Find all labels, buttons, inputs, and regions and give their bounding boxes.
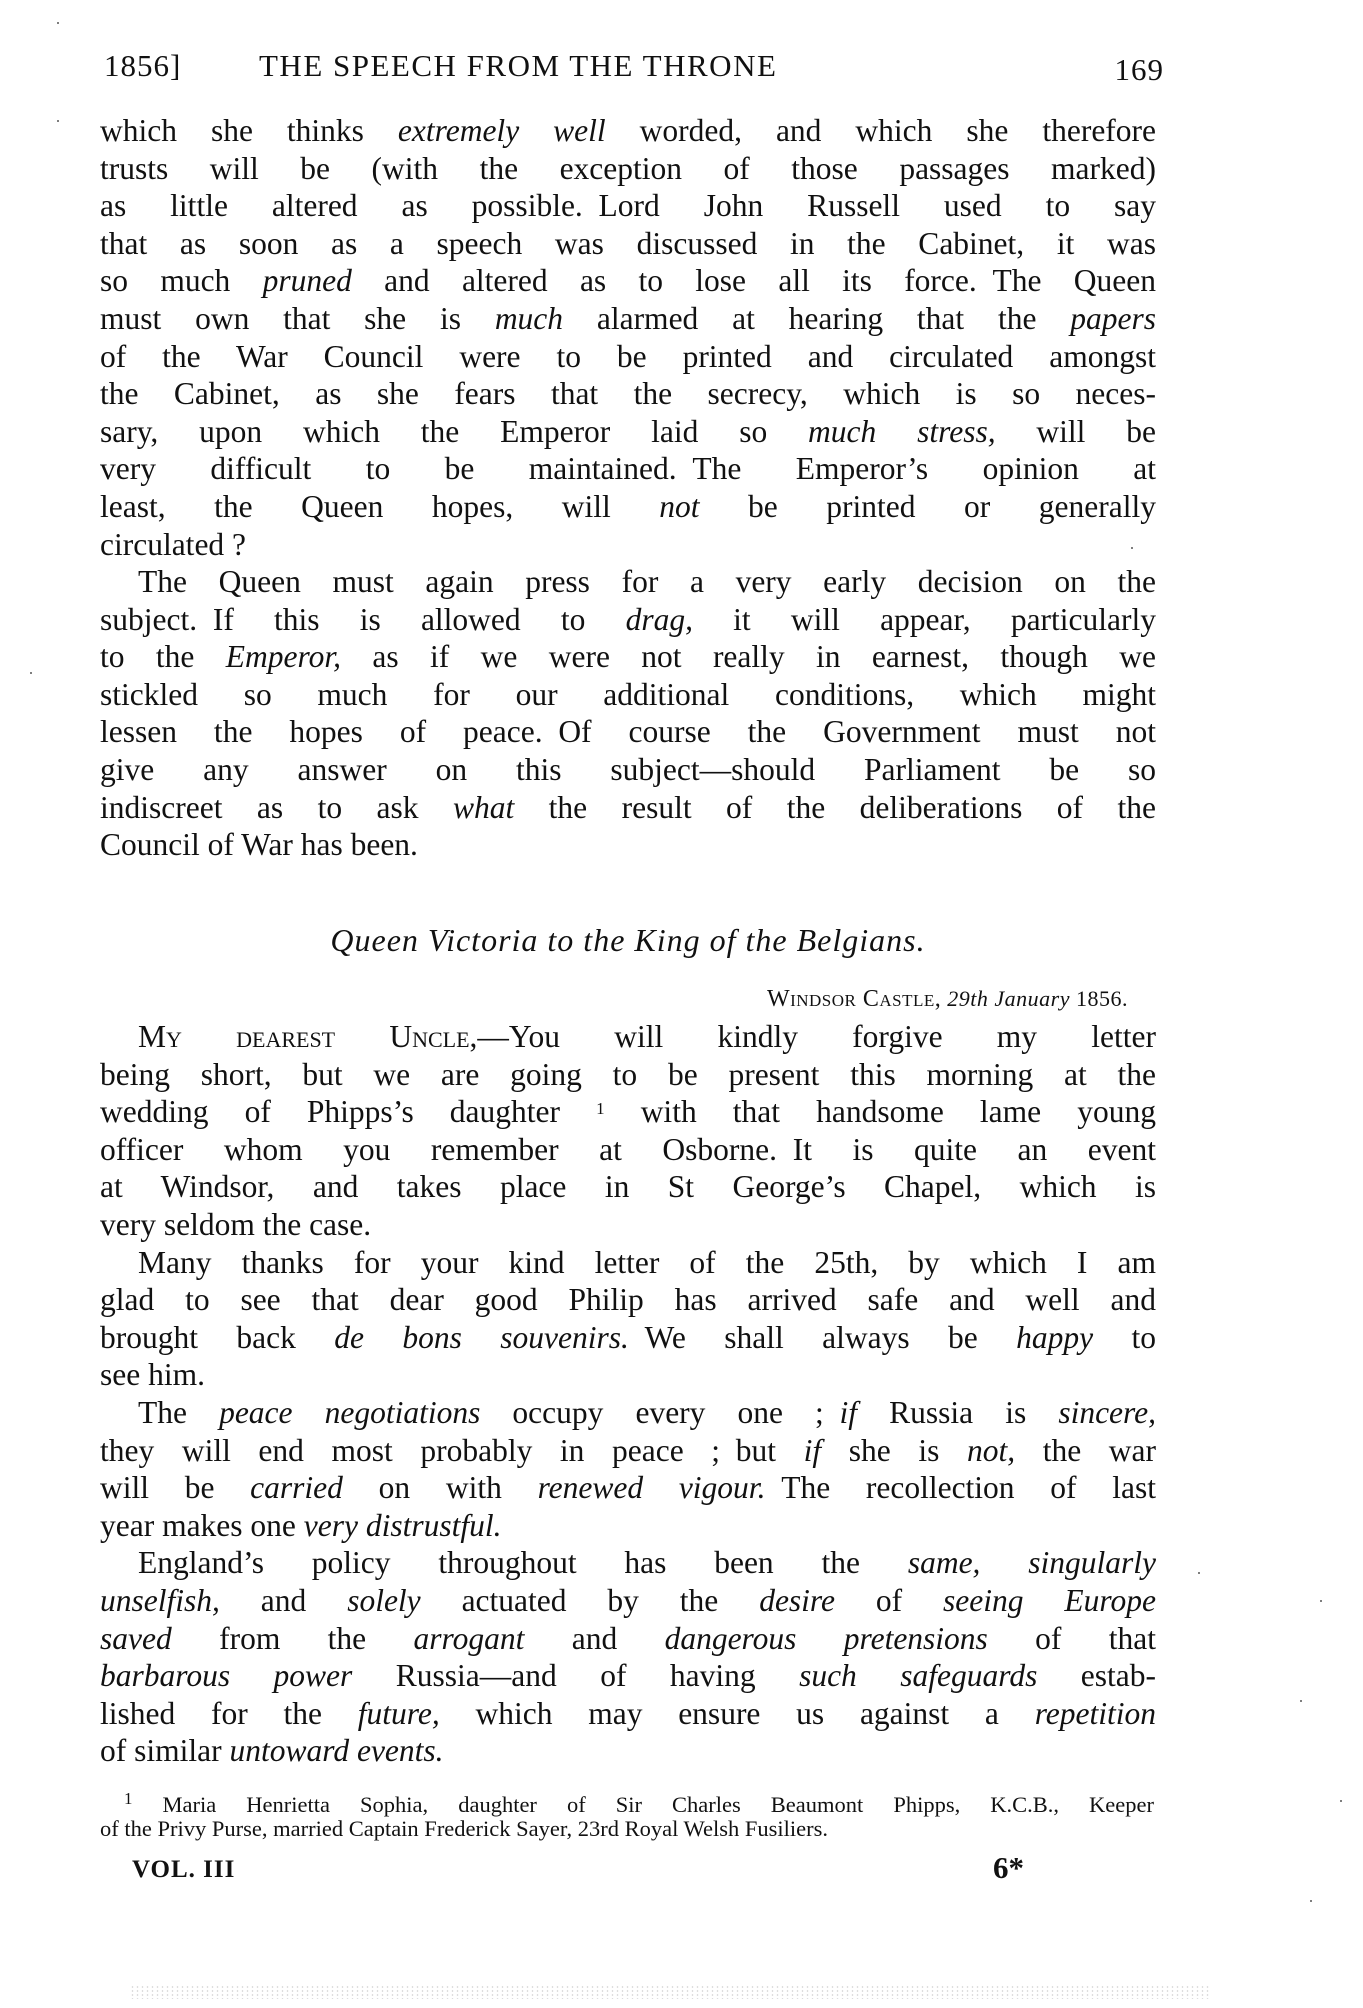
scan-speck [1131,547,1133,549]
scan-speck [1198,1572,1200,1574]
text-line: that as soon as a speech was discussed i… [100,225,1156,263]
letter-heading: Queen Victoria to the King of the Belgia… [100,922,1156,959]
text-line: very seldom the case. [100,1206,1156,1244]
footnote-marker: 1 [124,1789,133,1808]
dateline-month: January [994,986,1070,1011]
text-line: glad to see that dear good Philip has ar… [100,1281,1156,1319]
text-line: least, the Queen hopes, will not be prin… [100,488,1156,526]
text-line: which she thinks extremely well worded, … [100,112,1156,150]
scan-noise [130,1985,1210,1999]
scan-speck [1300,1700,1302,1702]
scan-speck [1340,1800,1342,1802]
scan-speck [1310,1900,1312,1902]
text-line: to the Emperor, as if we were not really… [100,638,1156,676]
text-line: My dearest Uncle,—You will kindly forgiv… [100,1018,1156,1056]
volume-signature: VOL. III [132,1856,235,1884]
text-line: Council of War has been. [100,826,1156,864]
text-line: year makes one very distrustful. [100,1507,1156,1545]
text-line: trusts will be (with the exception of th… [100,150,1156,188]
scan-speck [57,120,59,122]
dateline-place: Windsor Castle, [767,986,941,1012]
book-page: 1856] THE SPEECH FROM THE THRONE 169 whi… [0,0,1363,2008]
text-line: The peace negotiations occupy every one … [100,1394,1156,1432]
text-line: at Windsor, and takes place in St George… [100,1168,1156,1206]
text-line: subject. If this is allowed to drag, it … [100,601,1156,639]
text-line: circulated ? [100,526,1156,564]
text-line: must own that she is much alarmed at hea… [100,300,1156,338]
text-line: Many thanks for your kind letter of the … [100,1244,1156,1282]
scan-speck [57,22,59,24]
text-line: as little altered as possible. Lord John… [100,187,1156,225]
letter-paragraph: The peace negotiations occupy every one … [100,1394,1156,1544]
signature-mark: 6* [993,1850,1024,1886]
letter-paragraph: England’s policy throughout has been the… [100,1544,1156,1770]
footnote-line-1: 1 Maria Henrietta Sophia, daughter of Si… [100,1793,1154,1817]
text-line: indiscreet as to ask what the result of … [100,789,1156,827]
scan-speck [1320,1600,1322,1602]
text-line: officer whom you remember at Osborne. It… [100,1131,1156,1169]
dateline-day: 29th [947,986,988,1011]
text-line: of similar untoward events. [100,1732,1156,1770]
footnote-reference: 1 [596,1099,605,1118]
text-line: very difficult to be maintained. The Emp… [100,450,1156,488]
text-line: unselfish, and solely actuated by the de… [100,1582,1156,1620]
text-line: so much pruned and altered as to lose al… [100,262,1156,300]
text-line: of the War Council were to be printed an… [100,338,1156,376]
text-line: The Queen must again press for a very ea… [100,563,1156,601]
footnote: 1 Maria Henrietta Sophia, daughter of Si… [100,1793,1154,1841]
text-line: stickled so much for our additional cond… [100,676,1156,714]
text-line: sary, upon which the Emperor laid so muc… [100,413,1156,451]
continuation-paragraph-1: which she thinks extremely well worded, … [100,112,1156,563]
header-year: 1856] [104,48,181,84]
text-line: wedding of Phipps’s daughter 1 with that… [100,1093,1156,1131]
dateline-year: 1856. [1076,986,1128,1011]
text-line: lessen the hopes of peace. Of course the… [100,713,1156,751]
footnote-line-2: of the Privy Purse, married Captain Fred… [100,1817,1154,1841]
letter-paragraph: Many thanks for your kind letter of the … [100,1244,1156,1394]
continuation-paragraph-2: The Queen must again press for a very ea… [100,563,1156,864]
letter-paragraph: My dearest Uncle,—You will kindly forgiv… [100,1018,1156,1244]
text-line: saved from the arrogant and dangerous pr… [100,1620,1156,1658]
text-line: England’s policy throughout has been the… [100,1544,1156,1582]
text-line: give any answer on this subject—should P… [100,751,1156,789]
text-line: being short, but we are going to be pres… [100,1056,1156,1094]
text-line: they will end most probably in peace ; b… [100,1432,1156,1470]
scan-speck [30,672,32,674]
text-line: the Cabinet, as she fears that the secre… [100,375,1156,413]
text-line: lished for the future, which may ensure … [100,1695,1156,1733]
text-line: brought back de bons souvenirs. We shall… [100,1319,1156,1357]
running-title: THE SPEECH FROM THE THRONE [259,48,777,84]
page-number: 169 [1115,52,1165,88]
letter-body: My dearest Uncle,—You will kindly forgiv… [100,1018,1156,1770]
text-line: will be carried on with renewed vigour. … [100,1469,1156,1507]
letter-dateline: Windsor Castle, 29th January 1856. [767,986,1128,1013]
text-line: see him. [100,1356,1156,1394]
running-header: 1856] THE SPEECH FROM THE THRONE 169 [104,48,1164,88]
text-line: barbarous power Russia—and of having suc… [100,1657,1156,1695]
